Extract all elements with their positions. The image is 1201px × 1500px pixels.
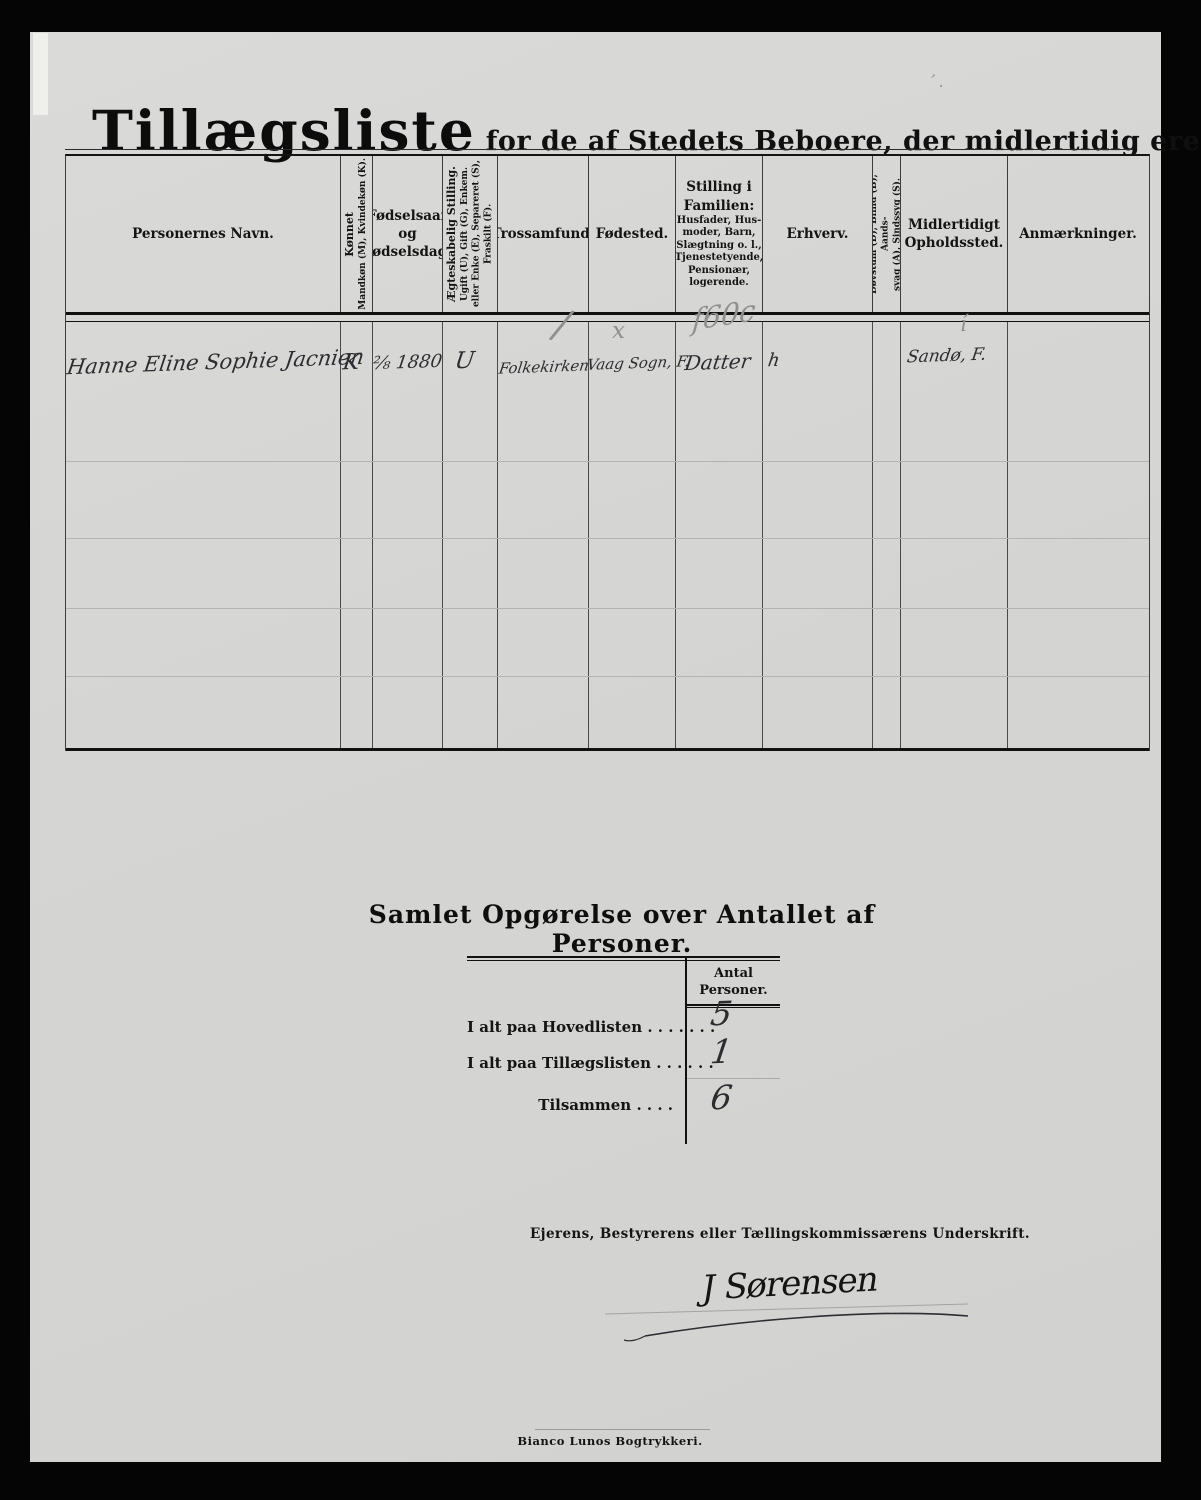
table-body — [66, 322, 1149, 751]
summary-top-rule — [467, 956, 780, 958]
body-col-fodested — [589, 322, 676, 748]
summary-value-tillaegslisten: 1 — [708, 1032, 734, 1072]
header-label: Stilling i Familien: — [676, 178, 763, 214]
body-col-dovstum — [873, 322, 901, 748]
header-aegteskabelig-stilling: Ægteskabelig Stilling. Ugift (U), Gift (… — [443, 156, 498, 312]
header-label: Fødselsaar og Fødselsdag. — [373, 207, 443, 262]
row-divider — [66, 538, 1149, 539]
signature-flourish — [590, 1284, 990, 1354]
header-label: Kønnet — [343, 212, 356, 257]
summary-label-text: Tilsammen — [538, 1096, 631, 1114]
header-erhverv: Erhverv. — [763, 156, 873, 312]
pencil-title-mark: ’ . — [929, 71, 946, 91]
scan-artifact-light-patch — [33, 33, 48, 115]
entry-faith: Folkekirken — [498, 356, 591, 377]
row-divider — [66, 676, 1149, 677]
header-label: Erhverv. — [787, 225, 849, 243]
summary-label-text: I alt paa Tillægslisten — [467, 1054, 651, 1072]
header-sublabel: Ugift (U), Gift (G), Enkem. eller Enke (… — [460, 160, 495, 307]
header-sublabel: Husfader, Hus- moder, Barn, Slægtning o.… — [676, 215, 763, 290]
header-stilling-i-familien: Stilling i Familien: Husfader, Hus- mode… — [676, 156, 763, 312]
header-konnet: Kønnet Mandkøn (M), Kvindekøn (K). — [341, 156, 373, 312]
header-label: Døvstum (D), Blind (B), Aands- svag (A),… — [873, 156, 901, 312]
summary-table: Antal Personer. I alt paa Hovedlisten . … — [467, 956, 780, 1144]
body-col-trossamfund — [498, 322, 589, 748]
row-divider — [66, 461, 1149, 462]
header-fodselsaar: Fødselsaar og Fødselsdag. — [373, 156, 443, 312]
header-personernes-navn: Personernes Navn. — [66, 156, 341, 312]
summary-top-rule-inner — [467, 960, 780, 961]
summary-label-text: I alt paa Hovedlisten — [467, 1018, 642, 1036]
header-label: Personernes Navn. — [132, 225, 274, 243]
entry-birthplace: Vaag Sogn, F. — [586, 352, 691, 374]
summary-row-label: Tilsammen . . . . — [467, 1096, 679, 1114]
entry-marital-status: U — [453, 348, 476, 375]
body-col-navn — [66, 322, 341, 748]
title-rest: for de af Stedets Beboere, der midlertid… — [476, 126, 1201, 157]
paper-sheet: Tillægsliste for de af Stedets Beboere, … — [30, 32, 1161, 1462]
summary-row-label: I alt paa Tillægslisten . . . . . . — [467, 1054, 679, 1072]
header-label: Midlertidigt Opholdssted. — [905, 216, 1004, 252]
summary-col-header-rule — [687, 1004, 780, 1008]
header-label: Anmærkninger. — [1019, 225, 1137, 243]
summary-dots: . . . . . . — [651, 1054, 714, 1072]
header-label: Ægteskabelig Stilling. — [445, 166, 458, 302]
printer-credit: Bianco Lunos Bogtrykkeri. — [460, 1434, 760, 1448]
header-label: Fødested. — [596, 225, 668, 243]
row-divider — [66, 608, 1149, 609]
header-anmaerkninger: Anmærkninger. — [1008, 156, 1148, 312]
header-trossamfund: Trossamfund. — [498, 156, 589, 312]
footer-rule — [535, 1429, 710, 1430]
entry-birthdate: ²⁄₈ 1880 — [372, 351, 444, 375]
header-fodested: Fødested. — [589, 156, 676, 312]
pencil-accent-mark: í — [960, 312, 967, 336]
summary-value-hovedlisten: 5 — [708, 994, 734, 1034]
header-midlertidigt-opholdssted: Midlertidigt Opholdssted. — [901, 156, 1008, 312]
summary-value-tilsammen: 6 — [708, 1078, 734, 1118]
title-rule — [65, 149, 1133, 150]
body-col-aegteskab — [443, 322, 498, 748]
body-col-fodsel — [373, 322, 443, 748]
header-bottom-rule — [66, 312, 1149, 322]
summary-row-label: I alt paa Hovedlisten . . . . . . . — [467, 1018, 679, 1036]
body-col-erhverv — [763, 322, 873, 748]
body-col-ophold — [901, 322, 1008, 748]
summary-dots: . . . . . . . — [642, 1018, 715, 1036]
entry-whereabouts: Sandø, F. — [906, 345, 988, 368]
header-dovstum: Døvstum (D), Blind (B), Aands- svag (A),… — [873, 156, 901, 312]
body-col-anmaerkninger — [1008, 322, 1148, 748]
header-sublabel: Mandkøn (M), Kvindekøn (K). — [358, 158, 370, 310]
header-label: Trossamfund. — [498, 225, 589, 243]
body-col-stilling — [676, 322, 763, 748]
signature-caption: Ejerens, Bestyrerens eller Tællingskommi… — [500, 1226, 1060, 1242]
summary-dots: . . . . — [631, 1096, 673, 1114]
summary-title: Samlet Opgørelse over Antallet af Person… — [322, 900, 922, 958]
scanned-census-page: { "title": { "main": "Tillægsliste", "re… — [0, 0, 1201, 1500]
entry-family-position: Datter — [683, 349, 752, 375]
table-body-columns — [66, 322, 1149, 748]
table-header-row: Personernes Navn. Kønnet Mandkøn (M), Kv… — [66, 156, 1149, 312]
census-table: Personernes Navn. Kønnet Mandkøn (M), Kv… — [65, 154, 1150, 751]
body-col-kon — [341, 322, 373, 748]
pencil-cross-mark: x — [612, 318, 625, 344]
